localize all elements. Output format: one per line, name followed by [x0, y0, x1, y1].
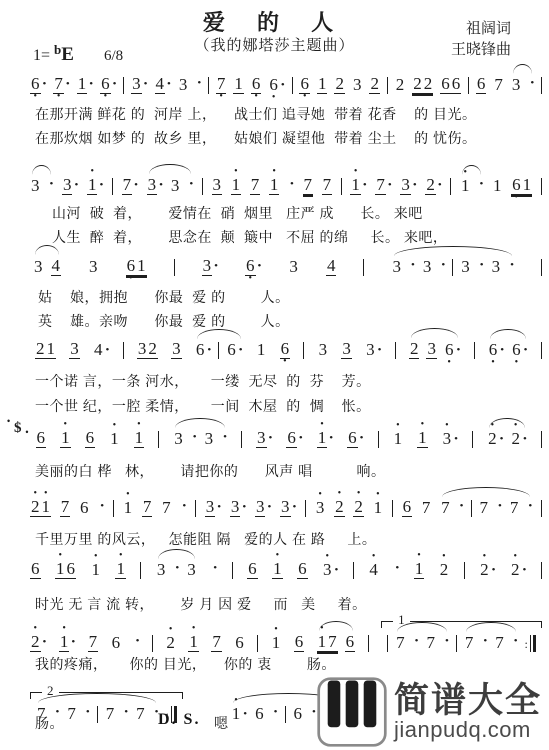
note: 3	[491, 258, 502, 276]
augmentation-dot: •	[363, 180, 367, 191]
note-core: 4	[155, 75, 166, 94]
note: 3•	[280, 498, 296, 517]
note: 4•	[155, 75, 171, 94]
note: 6	[85, 429, 96, 448]
augmentation-dot: •	[413, 180, 417, 191]
barline	[232, 562, 233, 579]
augmentation-dot: •	[290, 179, 294, 190]
note-core: 6•	[245, 257, 256, 276]
octave-dot-above: •	[58, 551, 62, 561]
note-core: 7	[464, 634, 475, 652]
augmentation-dot: •	[293, 502, 297, 513]
barline	[450, 178, 451, 195]
music-line-3: 3436•13•6••343•3•3•3•	[33, 243, 542, 276]
note: 1•	[417, 429, 428, 448]
augmentation-dot: •	[335, 565, 339, 576]
note: 7	[479, 499, 490, 517]
note-core: 1•	[460, 177, 471, 195]
note-digit: 1•	[317, 429, 328, 446]
note: 1•	[109, 430, 120, 448]
lyric-line: 肠。	[35, 713, 64, 733]
note-core: 1•	[87, 176, 98, 195]
note-core: 3	[171, 340, 182, 359]
note-digit: 7	[142, 498, 153, 515]
note-digit: 7	[135, 705, 146, 722]
augmentation-dot: •	[136, 636, 140, 647]
note-core: 2•	[479, 561, 490, 579]
note-core: 1•	[417, 429, 428, 448]
repeat-barline: :	[525, 635, 536, 652]
augmentation-dot: •	[388, 180, 392, 191]
note-core: 6	[297, 560, 308, 579]
octave-dot-below: •	[129, 274, 133, 284]
note-digit: 6	[85, 429, 96, 446]
note-digit: 1•	[373, 499, 384, 516]
note-core: 32	[137, 340, 158, 359]
barline	[368, 635, 369, 652]
note: 3•	[315, 499, 326, 517]
note: 3	[69, 340, 80, 359]
note: 7	[135, 705, 146, 723]
octave-dot-below: •	[283, 357, 287, 367]
octave-dot-above: •	[274, 625, 278, 635]
note-digit: 3	[392, 258, 403, 275]
note: 6	[294, 633, 305, 652]
note-core: 6	[36, 429, 47, 448]
note-core: 6•	[299, 75, 310, 94]
barline	[257, 635, 258, 652]
barline	[387, 77, 388, 94]
note-digit: 7	[464, 634, 475, 651]
note-core: 7	[211, 633, 222, 652]
octave-dot-above: •	[483, 552, 487, 562]
note-digit: 6	[294, 633, 305, 650]
barline	[452, 259, 453, 276]
note-core: 6	[476, 75, 487, 94]
note: 2••	[510, 430, 526, 448]
augmentation-dot: •	[193, 432, 197, 443]
barline	[202, 178, 203, 195]
octave-dot-above: •	[119, 551, 123, 561]
note-core: 4	[51, 257, 62, 276]
note-digit: 1•	[123, 499, 134, 516]
slur-arc-group: 3•3	[156, 561, 197, 579]
note: 3••	[442, 430, 458, 448]
note-digit: 2•	[353, 498, 364, 515]
repeat-dots: :	[525, 638, 528, 650]
note: 1•	[272, 560, 283, 579]
octave-dot-above: •	[192, 624, 196, 634]
note: 2	[395, 76, 406, 94]
note: 2	[409, 340, 420, 359]
augmentation-dot: •	[213, 563, 217, 574]
note: 7•	[375, 176, 391, 195]
note: 3	[352, 76, 363, 94]
note-digit: 1•	[188, 633, 199, 650]
note-digit: 1•	[350, 176, 361, 193]
note-digit: 6	[297, 560, 308, 577]
augmentation-dot: •	[479, 179, 483, 190]
note-digit: 3	[171, 340, 182, 357]
octave-dot-below: •	[303, 92, 307, 102]
augmentation-dot: •	[498, 501, 502, 512]
note-core: 7	[509, 499, 520, 517]
note-core: 2•	[510, 561, 521, 579]
note-digit: 6	[36, 429, 47, 446]
note-digit: 2•	[479, 561, 490, 578]
note-core: 3	[156, 561, 167, 579]
note: 1•	[393, 430, 404, 448]
note: 6••	[444, 341, 460, 359]
note-core: 6•	[444, 341, 455, 359]
note-core: 1•	[115, 560, 126, 579]
note: 1••	[231, 705, 247, 723]
augmentation-dot: •	[524, 345, 528, 356]
note-digit: 3	[491, 258, 502, 275]
note: 3	[33, 258, 44, 276]
note-digit: 3	[400, 176, 411, 193]
note-digit: 3	[365, 341, 376, 358]
note-digit: 2•	[30, 633, 41, 650]
octave-dot-above: •	[320, 624, 324, 634]
note: 3•	[230, 498, 246, 517]
note-digit: 7	[425, 634, 436, 651]
note-core: 6	[111, 634, 122, 652]
note: 1•	[373, 499, 384, 517]
music-line-6: 2•1•76•1•77•3•3•3•3•3•2•2•1•677•7•7•	[30, 484, 542, 517]
note-digit: 1•	[231, 705, 242, 722]
note-digit: 7	[161, 499, 172, 516]
note: 3	[392, 258, 403, 276]
note-digit: 1	[492, 177, 503, 194]
note-core: 3	[256, 429, 267, 448]
note: 2••	[487, 430, 503, 448]
barline	[241, 431, 242, 448]
note-core: 6	[85, 429, 96, 448]
note-digit: 2	[409, 340, 420, 357]
note-digit: 3	[186, 561, 197, 578]
note-digit: 4	[326, 257, 337, 274]
note-digit: 1	[233, 75, 244, 92]
note-digit: 6	[195, 341, 206, 358]
note-digit: 1•	[414, 560, 425, 577]
note-core: 66	[440, 75, 461, 94]
note-digit: 2	[412, 75, 423, 92]
watermark-text: 简谱大全 jianpudq.com	[394, 683, 542, 741]
augmentation-dot: •	[167, 79, 171, 90]
barline	[471, 500, 472, 517]
note: 1•	[77, 75, 93, 94]
slur-arc-group: 2••2••	[487, 430, 527, 448]
note-core: 3	[62, 176, 73, 195]
lyric-line: 嗯	[214, 713, 229, 733]
note: 7	[421, 499, 432, 517]
note-digit: 3	[30, 177, 41, 194]
augmentation-dot: •	[197, 78, 201, 89]
octave-dot-above: •	[113, 421, 117, 431]
thin-bar	[530, 635, 531, 652]
note-digit: 1•	[55, 560, 66, 577]
note: 7	[105, 705, 116, 723]
note-digit: 3	[147, 176, 158, 193]
note-core: 2	[395, 76, 406, 94]
note-core: 7	[493, 76, 504, 94]
note: 6	[234, 634, 245, 652]
note-core: 6•	[268, 76, 279, 94]
note-core: 6•	[280, 340, 291, 359]
note-core: 3	[255, 498, 266, 517]
note-digit: 3	[137, 340, 148, 357]
barline	[174, 259, 175, 276]
note-core: 1•	[350, 176, 361, 195]
augmentation-dot: •	[411, 260, 415, 271]
note-digit: 2•	[334, 498, 345, 515]
slur-arc-group: 3•	[30, 177, 53, 195]
note-core: 2•	[353, 498, 364, 517]
barline	[113, 500, 114, 517]
note-core: 7	[479, 499, 490, 517]
note-core: 1•	[60, 429, 71, 448]
barline	[363, 259, 364, 276]
augmentation-dot: •	[243, 709, 247, 720]
note-digit: 1•	[60, 429, 71, 446]
barline	[464, 562, 465, 579]
augmentation-dot: •	[445, 636, 449, 647]
note-core: 1•6	[55, 560, 76, 579]
note-digit: 7	[66, 705, 77, 722]
note: 6	[297, 560, 308, 579]
note-digit: 6•	[488, 341, 499, 358]
note: 1	[233, 75, 244, 94]
note: 32	[137, 340, 158, 359]
augmentation-dot: •	[438, 180, 442, 191]
note: 7	[88, 633, 99, 652]
note-core: 6•1	[126, 257, 147, 276]
augmentation-dot: •	[99, 180, 103, 191]
note: 1•	[134, 429, 145, 448]
barline	[541, 259, 542, 276]
note-digit: 6•	[511, 341, 522, 358]
note-core: 1•	[414, 560, 425, 579]
note-digit: 3	[318, 341, 329, 358]
note-digit: 3	[156, 561, 167, 578]
octave-dot-below: •	[104, 92, 108, 102]
octave-dot-above: •	[137, 420, 141, 430]
barline	[541, 178, 542, 195]
note: 3	[288, 258, 299, 276]
note-core: 1•	[231, 705, 242, 723]
note-digit: 1•	[393, 430, 404, 447]
note-core: 6•1	[511, 176, 532, 195]
augmentation-dot: •	[274, 707, 278, 718]
note-digit: 3	[131, 75, 142, 92]
note-digit: 6	[293, 705, 304, 722]
barline	[468, 77, 469, 94]
note-digit: 6	[451, 75, 462, 92]
octave-dot-above: •	[354, 167, 358, 177]
note-core: 2•	[30, 633, 41, 652]
barline	[123, 342, 124, 359]
octave-dot-below: •	[33, 92, 37, 102]
barline	[541, 431, 542, 448]
note: 7•	[122, 176, 138, 195]
note: 21	[35, 340, 56, 359]
note-core: 3	[426, 340, 437, 359]
note-core: 3	[400, 176, 411, 195]
barline	[456, 635, 457, 652]
note-core: 1•	[272, 560, 283, 579]
note: 7••	[53, 75, 69, 94]
note: 6••	[30, 75, 46, 94]
augmentation-dot: •	[514, 636, 518, 647]
note-digit: 3	[426, 340, 437, 357]
watermark-logo: 简谱大全 jianpudq.com	[316, 676, 542, 748]
note-digit: 1•	[317, 633, 328, 650]
note-digit: 3•	[322, 561, 333, 578]
note-digit: 1	[136, 257, 147, 274]
note-core: 3	[30, 177, 41, 195]
augmentation-dot: •	[454, 434, 458, 445]
note-digit: 3	[88, 258, 99, 275]
note: 7	[161, 499, 172, 517]
note: 7	[464, 634, 475, 652]
note-digit: 3	[460, 258, 471, 275]
note: 7•	[216, 75, 227, 94]
augmentation-dot: •	[510, 260, 514, 271]
lyric-line: 一个诺 言，一条 河水， 一缕 无尽 的 芬 芳。	[35, 371, 371, 391]
note-digit: 1•	[272, 560, 283, 577]
sheet-music-page: { "page": {"background": "#ffffff", "ink…	[0, 0, 549, 750]
note: 2•	[334, 498, 345, 517]
augmentation-dot: •	[269, 433, 273, 444]
note-digit: 6	[345, 633, 356, 650]
note-digit: 2•	[510, 430, 521, 447]
note-digit: 6	[347, 429, 358, 446]
note-core: 7	[135, 705, 146, 723]
note-digit: 1•	[231, 176, 242, 193]
note-digit: 6•	[280, 340, 291, 357]
note: 7	[395, 634, 406, 652]
note: 7	[250, 176, 261, 195]
note-core: 3	[170, 177, 181, 195]
note: 3•	[365, 341, 381, 359]
watermark-domain: jianpudq.com	[394, 719, 542, 741]
note: 1••	[317, 429, 333, 448]
slur-arc-group: 1••	[460, 177, 483, 195]
note-core: 1•	[317, 429, 328, 448]
octave-dot-above: •	[338, 489, 342, 499]
augmentation-dot: •	[214, 261, 218, 272]
note: 4	[326, 257, 337, 276]
note: 7	[322, 176, 333, 195]
note-digit: 3	[422, 258, 433, 275]
note-digit: 1•	[115, 560, 126, 577]
note: 6	[293, 705, 304, 723]
barline	[208, 77, 209, 94]
watermark-name: 简谱大全	[394, 683, 542, 718]
augmentation-dot: •	[530, 78, 534, 89]
octave-dot-above: •	[169, 625, 173, 635]
slur-arc-group: 3•3•	[173, 430, 227, 448]
note-core: 1•	[188, 633, 199, 652]
note-core: 3	[178, 76, 189, 94]
note: 1•6	[55, 560, 76, 579]
octave-dot-above: •	[234, 167, 238, 177]
note: 7	[303, 176, 314, 195]
note: 3•	[400, 176, 416, 195]
note-core: 7	[60, 498, 71, 517]
note-digit: 2•	[487, 430, 498, 447]
note-digit: 4	[93, 341, 104, 358]
note: 3•	[205, 498, 221, 517]
note-digit: 2	[423, 75, 434, 92]
note-digit: 6	[234, 634, 245, 651]
augmentation-dot: •	[175, 563, 179, 574]
piano-keys-icon	[316, 676, 388, 748]
note-digit: 3•	[315, 499, 326, 516]
augmentation-dot: •	[74, 180, 78, 191]
note-core: 1	[233, 75, 244, 94]
note-core: 3	[173, 430, 184, 448]
barline	[218, 342, 219, 359]
note: 6•1	[126, 257, 147, 276]
note-digit: 1•	[269, 176, 280, 193]
note: 1•	[269, 176, 280, 195]
octave-dot-above: •	[272, 167, 276, 177]
octave-dot-above: •	[326, 552, 330, 562]
barline	[97, 706, 98, 723]
note-core: 7	[440, 499, 451, 517]
note: 6•	[347, 429, 363, 448]
note-core: 7	[105, 705, 116, 723]
note-core: 4	[326, 257, 337, 276]
note-core: 3	[280, 498, 291, 517]
note-core: 1•	[271, 634, 282, 652]
augmentation-dot: •	[441, 260, 445, 271]
note-core: 6•	[100, 75, 111, 94]
music-line-1: 6••7••1•6••3•4•3•7•16•6••6•123222266673•	[30, 61, 542, 94]
note-digit: 7	[60, 498, 71, 515]
barline	[195, 500, 196, 517]
note-digit: 7	[322, 176, 333, 193]
note: 6•	[226, 341, 242, 359]
note-core: 7•	[216, 75, 227, 94]
note-core: 4•	[368, 561, 379, 579]
note-core: 1	[492, 177, 503, 195]
note: 7	[66, 705, 77, 723]
note-digit: 7	[493, 76, 504, 93]
note-digit: 6	[254, 705, 265, 722]
note: 6	[402, 498, 413, 517]
slur-arc-group: 1•76	[317, 633, 356, 652]
note-core: 7	[421, 499, 432, 517]
note-core: 3	[204, 430, 215, 448]
lyric-line: 姑 娘，拥抱 你最 爱 的 人。	[38, 287, 290, 307]
credits: 祖阔词 王晓锋曲	[451, 18, 511, 60]
note: 6	[36, 429, 47, 448]
note-core: 2	[425, 176, 436, 195]
note-digit: 6	[476, 75, 487, 92]
note-core: 7	[322, 176, 333, 195]
octave-dot-above: •	[442, 552, 446, 562]
note: 7	[425, 634, 436, 652]
note-core: 2	[369, 75, 380, 94]
augmentation-dot: •	[86, 707, 90, 718]
augmentation-dot: •	[415, 636, 419, 647]
note: 2	[334, 75, 345, 94]
note-digit: 6	[402, 498, 413, 515]
augmentation-dot: •	[258, 261, 262, 272]
